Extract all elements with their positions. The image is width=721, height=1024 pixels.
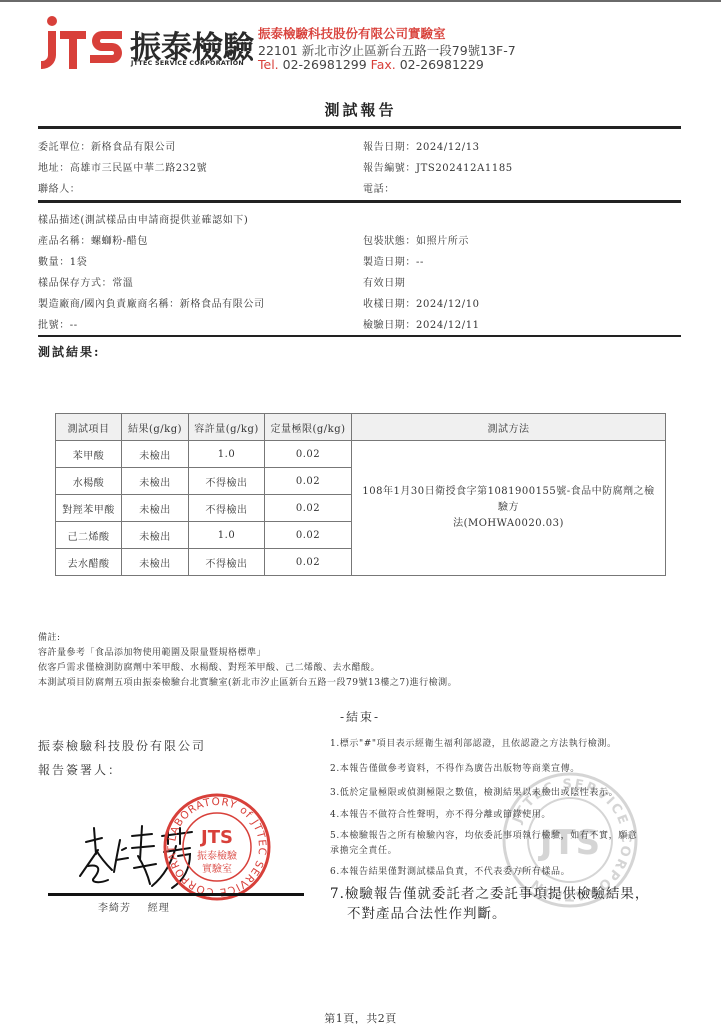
cell-loq: 0.02	[265, 441, 352, 468]
cell-allowed: 1.0	[189, 522, 265, 549]
client-phone: 電話：	[363, 180, 395, 195]
note-item: 2.本報告僅做參考資料，不得作為廣告出版物等商業宣傳。	[330, 761, 580, 774]
header-allowed: 容許量(g/kg)	[189, 414, 265, 441]
note-7-emphasis: 7.檢驗報告僅就委託者之委託事項提供檢驗結果， 不對產品合法性作判斷。	[330, 884, 649, 924]
signature-line	[48, 893, 304, 896]
cell-loq: 0.02	[265, 468, 352, 495]
divider	[38, 200, 681, 203]
note-item: 1.標示"#"項目表示經衛生福利部認證，且依認證之方法執行檢測。	[330, 736, 617, 749]
logo-english-name: JTTEC SERVICE CORPORATION	[131, 60, 244, 67]
cell-result: 未檢出	[122, 468, 189, 495]
tel-label: Tel.	[258, 57, 279, 72]
tel-number: 02-26981299	[283, 57, 367, 72]
end-mark: -結束-	[340, 708, 380, 725]
remarks-line: 依客戶需求僅檢測防腐劑中苯甲酸、水楊酸、對羥苯甲酸、己二烯酸、去水醋酸。	[38, 661, 457, 676]
cell-loq: 0.02	[265, 522, 352, 549]
svg-text:振泰檢驗: 振泰檢驗	[197, 849, 238, 862]
expiry-date: 有效日期	[363, 274, 405, 289]
svg-text:實驗室: 實驗室	[202, 862, 232, 875]
cell-item: 苯甲酸	[56, 441, 122, 468]
table-row: 苯甲酸 未檢出 1.0 0.02 108年1月30日衛授食字第108190015…	[56, 441, 666, 468]
method-line-1: 108年1月30日衛授食字第1081900155號-食品中防腐劑之檢驗方	[362, 484, 655, 516]
fax-number: 02-26981229	[400, 57, 484, 72]
results-table: 測試項目 結果(g/kg) 容許量(g/kg) 定量極限(g/kg) 測試方法 …	[55, 413, 666, 576]
client-unit: 委託單位：新格食品有限公司	[38, 138, 176, 153]
manufacture-date: 製造日期：--	[363, 253, 424, 268]
cell-method: 108年1月30日衛授食字第1081900155號-食品中防腐劑之檢驗方 法(M…	[352, 441, 666, 576]
received-date: 收樣日期：2024/12/10	[363, 295, 480, 310]
client-contact: 聯絡人：	[38, 180, 80, 195]
results-title: 測試結果:	[38, 343, 100, 360]
signer-name-title: 李綺芳 經理	[98, 899, 170, 914]
cell-loq: 0.02	[265, 549, 352, 576]
remarks-title: 備註:	[38, 631, 457, 646]
cell-result: 未檢出	[122, 522, 189, 549]
svg-text:JTS: JTS	[199, 827, 233, 848]
cell-item: 去水醋酸	[56, 549, 122, 576]
divider	[38, 335, 681, 337]
jts-logo-icon	[40, 15, 124, 71]
note-item: 承擔完全責任。	[330, 843, 397, 856]
cell-allowed: 不得檢出	[189, 468, 265, 495]
page-number: 第1頁，共2頁	[0, 1010, 721, 1024]
sample-quantity: 數量：1袋	[38, 253, 87, 268]
packaging-status: 包裝狀態：如照片所示	[363, 232, 469, 247]
table-header-row: 測試項目 結果(g/kg) 容許量(g/kg) 定量極限(g/kg) 測試方法	[56, 414, 666, 441]
cell-item: 水楊酸	[56, 468, 122, 495]
cell-result: 未檢出	[122, 495, 189, 522]
cell-loq: 0.02	[265, 495, 352, 522]
header-method: 測試方法	[352, 414, 666, 441]
note-item: 5.本檢驗報告之所有檢驗內容，均依委託事項執行檢驗，如有不實，願意	[330, 828, 637, 841]
header-loq: 定量極限(g/kg)	[265, 414, 352, 441]
remarks-line: 本測試項目防腐劑五項由振泰檢驗台北實驗室(新北市汐止區新台五路一段79號13樓之…	[38, 676, 457, 691]
cell-result: 未檢出	[122, 441, 189, 468]
cell-allowed: 不得檢出	[189, 495, 265, 522]
lab-company-name: 振泰檢驗科技股份有限公司實驗室	[258, 24, 446, 42]
note-7-line-2: 不對產品合法性作判斷。	[330, 904, 649, 924]
storage-method: 樣品保存方式：常溫	[38, 274, 133, 289]
signer-title: 經理	[148, 903, 170, 914]
cell-item: 對羥苯甲酸	[56, 495, 122, 522]
page-title: 測試報告	[0, 99, 721, 120]
note-item: 6.本報告結果僅對測試樣品負責，不代表委方所有樣品。	[330, 864, 570, 877]
signer-company: 振泰檢驗科技股份有限公司	[38, 737, 206, 754]
report-date: 報告日期：2024/12/13	[363, 138, 480, 153]
signer-name: 李綺芳	[98, 903, 131, 914]
note-item: 3.低於定量極限或偵測極限之數值，檢測結果以未檢出或陰性表示。	[330, 785, 618, 798]
lab-contact: Tel. 02-26981299 Fax. 02-26981229	[258, 57, 484, 72]
product-name: 產品名稱：螺螄粉-醋包	[38, 232, 148, 247]
test-date: 檢驗日期：2024/12/11	[363, 316, 480, 331]
top-border	[0, 0, 721, 2]
cell-allowed: 1.0	[189, 441, 265, 468]
header-test-item: 測試項目	[56, 414, 122, 441]
sample-description: 樣品描述(測試樣品由申請商提供並確認如下)	[38, 211, 248, 226]
batch-number: 批號：--	[38, 316, 78, 331]
remarks: 備註: 容許量參考「食品添加物使用範圍及限量暨規格標準」 依客戶需求僅檢測防腐劑…	[38, 631, 457, 691]
header-result: 結果(g/kg)	[122, 414, 189, 441]
cell-result: 未檢出	[122, 549, 189, 576]
remarks-line: 容許量參考「食品添加物使用範圍及限量暨規格標準」	[38, 646, 457, 661]
cell-item: 己二烯酸	[56, 522, 122, 549]
signer-label: 報告簽署人：	[38, 761, 122, 778]
note-item: 4.本報告不做符合性聲明，亦不得分離或節錄使用。	[330, 807, 551, 820]
divider	[38, 126, 681, 129]
client-address: 地址：高雄市三民區中華二路232號	[38, 159, 207, 174]
manufacturer: 製造廠商/國內負責廠商名稱：新格食品有限公司	[38, 295, 265, 310]
fax-label: Fax.	[371, 57, 396, 72]
method-line-2: 法(MOHWA0020.03)	[362, 516, 655, 532]
lab-stamp-icon: LABORATORY of JTTEC SERVICE CORPORATION …	[163, 793, 271, 901]
note-7-line-1: 7.檢驗報告僅就委託者之委託事項提供檢驗結果，	[330, 884, 649, 904]
report-number: 報告編號：JTS202412A1185	[363, 159, 513, 174]
cell-allowed: 不得檢出	[189, 549, 265, 576]
